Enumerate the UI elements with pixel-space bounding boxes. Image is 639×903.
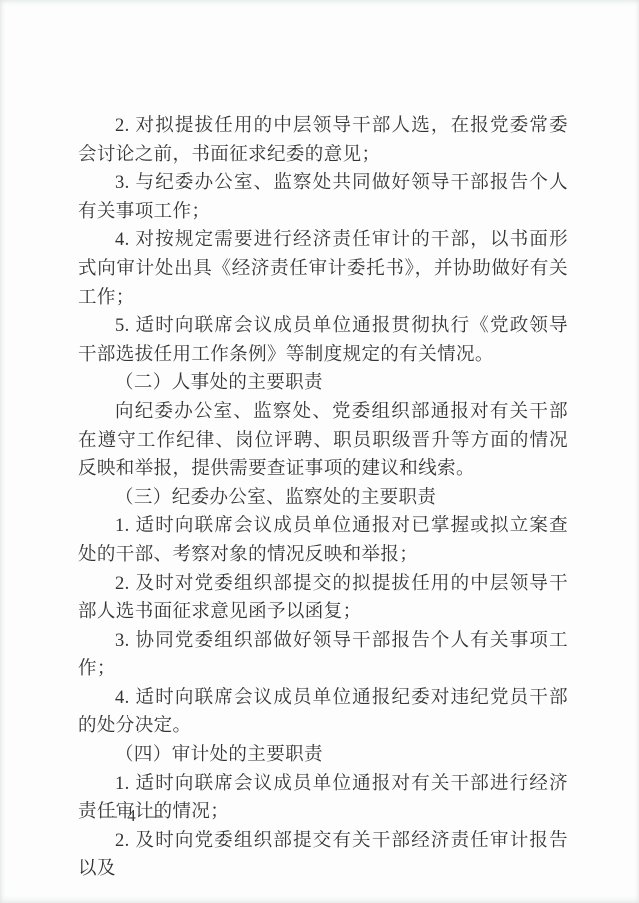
paragraph: （三）纪委办公室、监察处的主要职责 — [78, 484, 568, 513]
paragraph: 4. 适时向联席会议成员单位通报纪委对违纪党员干部的处分决定。 — [78, 684, 568, 741]
paragraph: 5. 适时向联席会议成员单位通报贯彻执行《党政领导干部选拔任用工作条例》等制度规… — [78, 312, 568, 369]
paragraph: （二）人事处的主要职责 — [78, 369, 568, 398]
paragraph: 向纪委办公室、监察处、党委组织部通报对有关干部在遵守工作纪律、岗位评聘、职员职级… — [78, 398, 568, 484]
paragraph: 3. 协同党委组织部做好领导干部报告个人有关事项工作； — [78, 627, 568, 684]
document-page: 2. 对拟提拔任用的中层领导干部人选，在报党委常委会讨论之前，书面征求纪委的意见… — [0, 0, 639, 903]
paragraph: 2. 及时向党委组织部提交有关干部经济责任审计报告以及 — [78, 827, 568, 884]
page-number: — 4 — — [100, 806, 166, 826]
paragraph: （四）审计处的主要职责 — [78, 741, 568, 770]
paragraph: 2. 及时对党委组织部提交的拟提拔任用的中层领导干部人选书面征求意见函予以函复； — [78, 570, 568, 627]
paragraph: 3. 与纪委办公室、监察处共同做好领导干部报告个人有关事项工作； — [78, 169, 568, 226]
paragraph: 2. 对拟提拔任用的中层领导干部人选，在报党委常委会讨论之前，书面征求纪委的意见… — [78, 112, 568, 169]
document-body: 2. 对拟提拔任用的中层领导干部人选，在报党委常委会讨论之前，书面征求纪委的意见… — [78, 112, 568, 884]
paragraph: 1. 适时向联席会议成员单位通报对已掌握或拟立案查处的干部、考察对象的情况反映和… — [78, 512, 568, 569]
paragraph: 4. 对按规定需要进行经济责任审计的干部，以书面形式向审计处出具《经济责任审计委… — [78, 226, 568, 312]
